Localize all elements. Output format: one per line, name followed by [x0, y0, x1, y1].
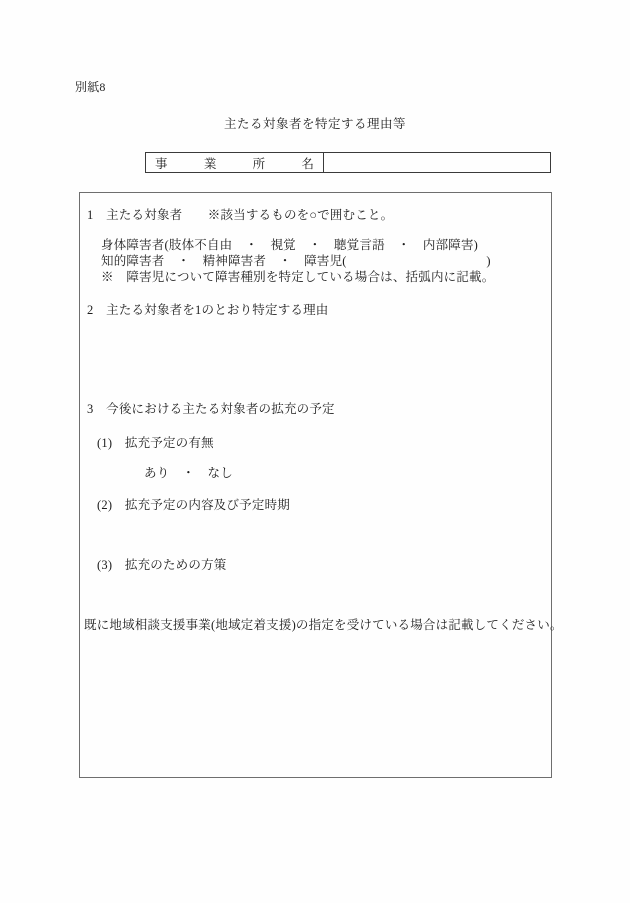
- section3-item1-options: あり ・ なし: [144, 466, 233, 480]
- section3-item1-label: (1) 拡充予定の有無: [97, 436, 214, 450]
- section3-item2-label: (2) 拡充予定の内容及び予定時期: [97, 498, 290, 512]
- section1-disability-options-line1: 身体障害者(肢体不自由 ・ 視覚 ・ 聴覚言語 ・ 内部障害): [101, 238, 478, 252]
- regional-support-note: 既に地域相談支援事業(地域定着支援)の指定を受けている場合は記載してください。: [84, 618, 563, 632]
- office-name-label-char: 所: [253, 154, 266, 172]
- office-name-table: 事 業 所 名: [145, 152, 551, 173]
- section3-item3-label: (3) 拡充のための方策: [97, 558, 226, 572]
- office-name-label-char: 業: [204, 154, 217, 172]
- section3-heading: 3 今後における主たる対象者の拡充の予定: [87, 402, 335, 416]
- office-name-input[interactable]: [324, 153, 550, 172]
- office-name-label-char: 事: [155, 154, 168, 172]
- section2-heading: 2 主たる対象者を1のとおり特定する理由: [87, 303, 329, 317]
- attachment-number-label: 別紙8: [75, 80, 106, 94]
- section1-disability-options-line2: 知的障害者 ・ 精神障害者 ・ 障害児( ): [101, 254, 491, 268]
- document-title: 主たる対象者を特定する理由等: [0, 117, 630, 131]
- form-main-box: 1 主たる対象者 ※該当するものを○で囲むこと。 身体障害者(肢体不自由 ・ 視…: [79, 192, 552, 778]
- office-name-label-char: 名: [301, 154, 314, 172]
- document-page: 別紙8 主たる対象者を特定する理由等 事 業 所 名 1 主たる対象者 ※該当す…: [0, 0, 630, 903]
- section1-heading: 1 主たる対象者 ※該当するものを○で囲むこと。: [87, 208, 393, 222]
- section1-note: ※ 障害児について障害種別を特定している場合は、括弧内に記載。: [101, 270, 494, 284]
- office-name-label-cell: 事 業 所 名: [146, 153, 324, 172]
